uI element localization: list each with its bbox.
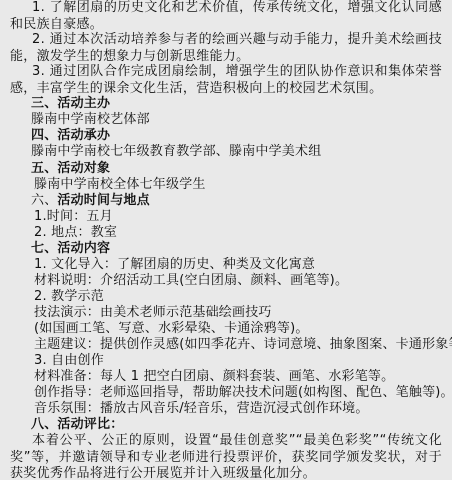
section-heading-host: 四、活动承办 — [31, 128, 110, 144]
section-heading-time-place: 六、活动时间与地点 — [31, 193, 150, 209]
organizer-text: 滕南中学南校艺体部 — [31, 112, 150, 128]
section-heading-prefix: 六、 — [31, 193, 57, 208]
section-heading-title: 活动时间与地点 — [57, 193, 149, 208]
step3-materials: 材料准备：每人 1 把空白团扇、颜料套装、画笔、水彩笔等。 — [34, 369, 394, 385]
audience-text: 滕南中学南校全体七年级学生 — [34, 177, 206, 193]
section-heading-content: 七、活动内容 — [31, 241, 110, 257]
step2-demo-continued: (如国画工笔、写意、水彩晕染、卡通涂鸦等)。 — [34, 321, 309, 337]
objective-1: 1. 了解团扇的历史文化和艺术价值，传承传统文化，增强文化认同感和民族自豪感。 — [10, 0, 442, 33]
section-heading-audience: 五、活动对象 — [31, 161, 110, 177]
place-text: 2. 地点：教室 — [34, 225, 117, 241]
step2-title: 2. 教学示范 — [34, 289, 104, 305]
step3-guidance: 创作指导：老师巡回指导，帮助解决技术问题(如构图、配色、笔触等)。 — [34, 385, 452, 401]
step2-theme: 主题建议：提供创作灵感(如四季花卉、诗词意境、抽象图案、卡通形象等)。 — [34, 337, 452, 353]
host-text: 滕南中学南校七年级教育教学部、滕南中学美术组 — [31, 144, 321, 160]
objective-3: 3. 通过团队合作完成团扇绘制，增强学生的团队协作意识和集体荣誉感，丰富学生的课… — [10, 64, 442, 97]
step3-music: 音乐氛围：播放古风音乐/轻音乐，营造沉浸式创作环境。 — [34, 401, 369, 417]
step3-title: 3. 自由创作 — [34, 353, 104, 369]
step2-demo: 技法演示：由美术老师示范基础绘画技巧 — [34, 305, 272, 321]
evaluation-text: 本着公平、公正的原则，设置“最佳创意奖”“最美色彩奖”“传统文化奖”等，并邀请领… — [10, 433, 442, 480]
time-text: 1.时间：五月 — [34, 209, 113, 225]
section-heading-organizer: 三、活动主办 — [31, 96, 110, 112]
objective-2: 2. 通过本次活动培养参与者的绘画兴趣与动手能力，提升美术绘画技能，激发学生的想… — [10, 32, 442, 65]
section-heading-evaluation: 八、活动评比： — [31, 417, 123, 433]
step1-materials: 材料说明：介绍活动工具(空白团扇、颜料、画笔等)。 — [34, 273, 348, 289]
step1-title: 1. 文化导入：了解团扇的历史、种类及文化寓意 — [34, 257, 315, 273]
